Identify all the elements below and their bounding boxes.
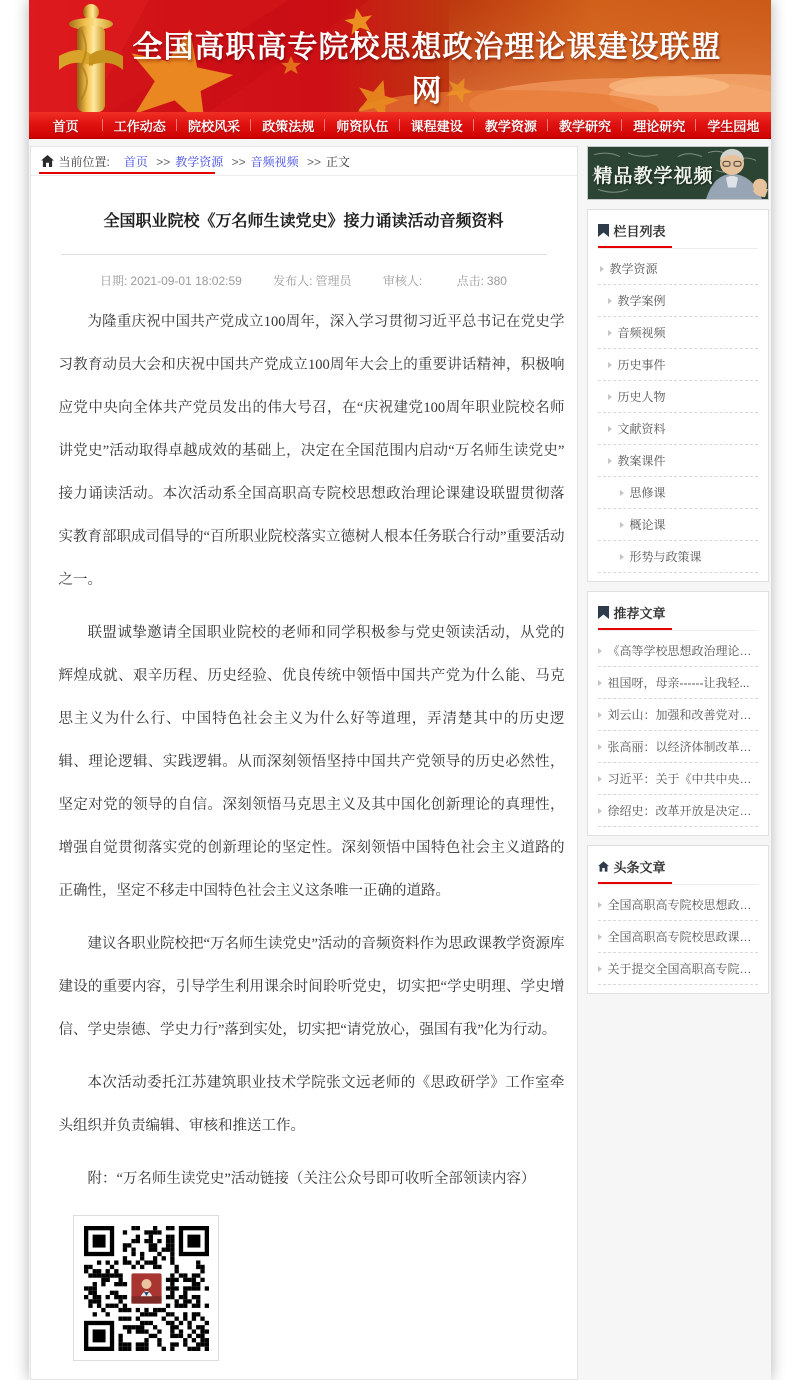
recommended-article-item[interactable]: 《高等学校思想政治理论课...: [598, 635, 758, 667]
arrow-right-icon: [598, 902, 602, 908]
article-paragraph: 建议各职业院校把“万名师生读党史”活动的音频资料作为思政课教学资源库建设的重要内…: [59, 923, 565, 1052]
arrow-right-icon: [598, 680, 602, 686]
sidebar-category-item[interactable]: 教案课件: [598, 445, 758, 477]
nav-item[interactable]: 工作动态: [103, 112, 177, 138]
home-icon: [41, 155, 54, 167]
column-list: 教学资源 教学案例 音频视频 历史事件 历史人物 文献资料 教案课件 思修课: [598, 253, 758, 573]
arrow-right-icon: [620, 490, 624, 496]
breadcrumb-link[interactable]: 音频视频: [251, 155, 299, 169]
sidebar-category-link[interactable]: 音频视频: [618, 324, 666, 341]
breadcrumb-label: 当前位置:: [59, 153, 110, 170]
article-paragraph: 附：“万名师生读党史”活动链接（关注公众号即可收听全部领读内容）: [59, 1158, 565, 1201]
sidebar-category-link[interactable]: 教学案例: [618, 292, 666, 309]
recommended-article-item[interactable]: 徐绍史：改革开放是决定当...: [598, 795, 758, 827]
arrow-right-icon: [600, 266, 604, 272]
arrow-right-icon: [598, 648, 602, 654]
section-title: 头条文章: [614, 857, 666, 876]
arrow-right-icon: [608, 362, 612, 368]
nav-item[interactable]: 政策法规: [251, 112, 325, 138]
breadcrumb-item: 首页: [114, 155, 148, 169]
arrow-right-icon: [598, 712, 602, 718]
meta-clicks: 点击:380: [457, 272, 507, 289]
headline-article-item[interactable]: 全国高职高专院校思政课教...: [598, 921, 758, 953]
sidebar-category-item[interactable]: 文献资料: [598, 413, 758, 445]
column-list-box: 栏目列表 教学资源 教学案例 音频视频 历史事件 历史人物 文献资料: [587, 209, 769, 582]
nav-item[interactable]: 教学资源: [474, 112, 548, 138]
headline-article-link[interactable]: 全国高职高专院校思想政治...: [608, 896, 758, 913]
recommended-article-link[interactable]: 《高等学校思想政治理论课...: [608, 642, 758, 659]
site-banner: 全国高职高专院校思想政治理论课建设联盟网 The national union …: [29, 0, 771, 112]
nav-item[interactable]: 师资队伍: [325, 112, 399, 138]
sidebar-category-item[interactable]: 音频视频: [598, 317, 758, 349]
sidebar-category-item[interactable]: 教学案例: [598, 285, 758, 317]
column-list-header: 栏目列表: [598, 219, 758, 249]
arrow-right-icon: [598, 776, 602, 782]
sidebar-category-link[interactable]: 历史事件: [618, 356, 666, 373]
recommended-article-item[interactable]: 张高丽：以经济体制改革为...: [598, 731, 758, 763]
arrow-right-icon: [608, 330, 612, 336]
headline-article-item[interactable]: 关于提交全国高职高专院校...: [598, 953, 758, 985]
meta-publisher: 发布人:管理员: [273, 272, 351, 289]
recommended-article-item[interactable]: 习近平：关于《中共中央关...: [598, 763, 758, 795]
arrow-right-icon: [598, 744, 602, 750]
breadcrumb-item: >>教学资源: [151, 155, 223, 169]
nav-item[interactable]: 首页: [29, 112, 103, 138]
sidebar-category-item[interactable]: 历史事件: [598, 349, 758, 381]
nav-item[interactable]: 理论研究: [622, 112, 696, 138]
qr-code-image: [84, 1226, 209, 1351]
sidebar-category-link[interactable]: 教案课件: [618, 452, 666, 469]
sidebar-category-item[interactable]: 形势与政策课: [598, 541, 758, 573]
breadcrumb-item: >>音频视频: [227, 155, 299, 169]
sidebar-category-item[interactable]: 思修课: [598, 477, 758, 509]
arrow-right-icon: [608, 298, 612, 304]
article-panel: 当前位置: 首页 >>教学资源 >>音频视频 >>正文 全国职业院校《万名师生读…: [30, 146, 578, 1380]
nav-item-label[interactable]: 首页: [53, 116, 79, 135]
breadcrumb-underline: [39, 172, 215, 174]
article-paragraph: 为隆重庆祝中国共产党成立100周年，深入学习贯彻习近平总书记在党史学习教育动员大…: [59, 301, 565, 602]
recommended-article-item[interactable]: 刘云山：加强和改善党对全...: [598, 699, 758, 731]
sidebar-category-link[interactable]: 文献资料: [618, 420, 666, 437]
sidebar-category-item[interactable]: 教学资源: [598, 253, 758, 285]
recommended-article-link[interactable]: 张高丽：以经济体制改革为...: [608, 738, 758, 755]
article-meta: 日期:2021-09-01 18:02:59 发布人:管理员 审核人: 点击:3…: [31, 272, 577, 289]
recommended-header: 推荐文章: [598, 601, 758, 631]
recommended-list: 《高等学校思想政治理论课... 祖国呀，母亲------让我轻... 刘云山：加…: [598, 635, 758, 827]
page-container: 全国高职高专院校思想政治理论课建设联盟网 The national union …: [29, 0, 771, 1380]
headline-article-link[interactable]: 关于提交全国高职高专院校...: [608, 960, 758, 977]
nav-item-label[interactable]: 学生园地: [707, 116, 759, 135]
arrow-right-icon: [598, 934, 602, 940]
section-title: 推荐文章: [614, 603, 666, 622]
arrow-right-icon: [608, 426, 612, 432]
section-title: 栏目列表: [614, 221, 666, 240]
meta-reviewer: 审核人:: [383, 272, 425, 289]
recommended-article-link[interactable]: 习近平：关于《中共中央关...: [608, 770, 758, 787]
sidebar-category-item[interactable]: 概论课: [598, 509, 758, 541]
page-title: 全国职业院校《万名师生读党史》接力诵读活动音频资料: [71, 210, 537, 234]
headlines-box: 头条文章 全国高职高专院校思想政治... 全国高职高专院校思政课教... 关于提…: [587, 845, 769, 994]
breadcrumb-link[interactable]: 首页: [124, 155, 148, 169]
arrow-right-icon: [620, 554, 624, 560]
headline-article-item[interactable]: 全国高职高专院校思想政治...: [598, 889, 758, 921]
article-paragraph: 联盟诚挚邀请全国职业院校的老师和同学积极参与党史领读活动，从党的辉煌成就、艰辛历…: [59, 612, 565, 913]
recommended-article-item[interactable]: 祖国呀，母亲------让我轻...: [598, 667, 758, 699]
breadcrumb-separator: >>: [156, 155, 170, 169]
nav-item-label[interactable]: 工作动态: [114, 116, 166, 135]
breadcrumb: 当前位置: 首页 >>教学资源 >>音频视频 >>正文: [31, 147, 577, 176]
nav-item-label[interactable]: 师资队伍: [336, 116, 388, 135]
recommended-box: 推荐文章 《高等学校思想政治理论课... 祖国呀，母亲------让我轻... …: [587, 591, 769, 836]
title-divider: [61, 254, 547, 255]
arrow-right-icon: [598, 808, 602, 814]
headlines-header: 头条文章: [598, 855, 758, 885]
recommended-article-link[interactable]: 徐绍史：改革开放是决定当...: [608, 802, 758, 819]
nav-item-label[interactable]: 教学研究: [559, 116, 611, 135]
nav-item[interactable]: 院校风采: [177, 112, 251, 138]
nav-item[interactable]: 学生园地: [696, 112, 770, 138]
sidebar-category-link[interactable]: 思修课: [630, 484, 666, 501]
article-body: 为隆重庆祝中国共产党成立100周年，深入学习贯彻习近平总书记在党史学习教育动员大…: [31, 289, 577, 1201]
nav-item[interactable]: 教学研究: [548, 112, 622, 138]
main-nav: 首页 工作动态 院校风采 政策法规 师资队伍 课程建设 教学资源 教学研究 理论…: [29, 112, 771, 139]
breadcrumb-separator: >>: [232, 155, 246, 169]
breadcrumb-item: >>正文: [302, 155, 350, 169]
arrow-right-icon: [608, 394, 612, 400]
bookmark-icon: [598, 224, 609, 237]
sidebar-category-link[interactable]: 形势与政策课: [630, 548, 702, 565]
arrow-right-icon: [620, 522, 624, 528]
sidebar-category-item[interactable]: 历史人物: [598, 381, 758, 413]
breadcrumb-link[interactable]: 正文: [326, 155, 350, 169]
video-banner[interactable]: 精品教学视频: [587, 146, 769, 200]
article-paragraph: 本次活动委托江苏建筑职业技术学院张文远老师的《思政研学》工作室牵头组织并负责编辑…: [59, 1062, 565, 1148]
sidebar-category-link[interactable]: 教学资源: [610, 260, 658, 277]
nav-item-label[interactable]: 理论研究: [633, 116, 685, 135]
headlines-list: 全国高职高专院校思想政治... 全国高职高专院校思政课教... 关于提交全国高职…: [598, 889, 758, 985]
bookmark-icon: [598, 606, 609, 619]
nav-item-label[interactable]: 教学资源: [485, 116, 537, 135]
meta-date: 日期:2021-09-01 18:02:59: [100, 272, 242, 289]
sidebar-category-link[interactable]: 概论课: [630, 516, 666, 533]
headline-article-link[interactable]: 全国高职高专院校思政课教...: [608, 928, 758, 945]
home-icon: [598, 860, 609, 873]
nav-item-label[interactable]: 政策法规: [262, 116, 314, 135]
recommended-article-link[interactable]: 祖国呀，母亲------让我轻...: [608, 674, 750, 691]
arrow-right-icon: [608, 458, 612, 464]
nav-item[interactable]: 课程建设: [400, 112, 474, 138]
arrow-right-icon: [598, 966, 602, 972]
site-title: 全国高职高专院校思想政治理论课建设联盟网: [124, 22, 731, 110]
qr-code: [73, 1215, 219, 1361]
sidebar-category-link[interactable]: 历史人物: [618, 388, 666, 405]
breadcrumb-separator: >>: [307, 155, 321, 169]
content-area: 当前位置: 首页 >>教学资源 >>音频视频 >>正文 全国职业院校《万名师生读…: [29, 139, 771, 1380]
nav-item-label[interactable]: 院校风采: [188, 116, 240, 135]
recommended-article-link[interactable]: 刘云山：加强和改善党对全...: [608, 706, 758, 723]
nav-item-label[interactable]: 课程建设: [411, 116, 463, 135]
sidebar: 精品教学视频 栏目列表 教学资源 教学案例 音频视频 历史事件: [587, 146, 769, 994]
video-banner-title: 精品教学视频: [594, 161, 714, 188]
breadcrumb-link[interactable]: 教学资源: [175, 155, 223, 169]
